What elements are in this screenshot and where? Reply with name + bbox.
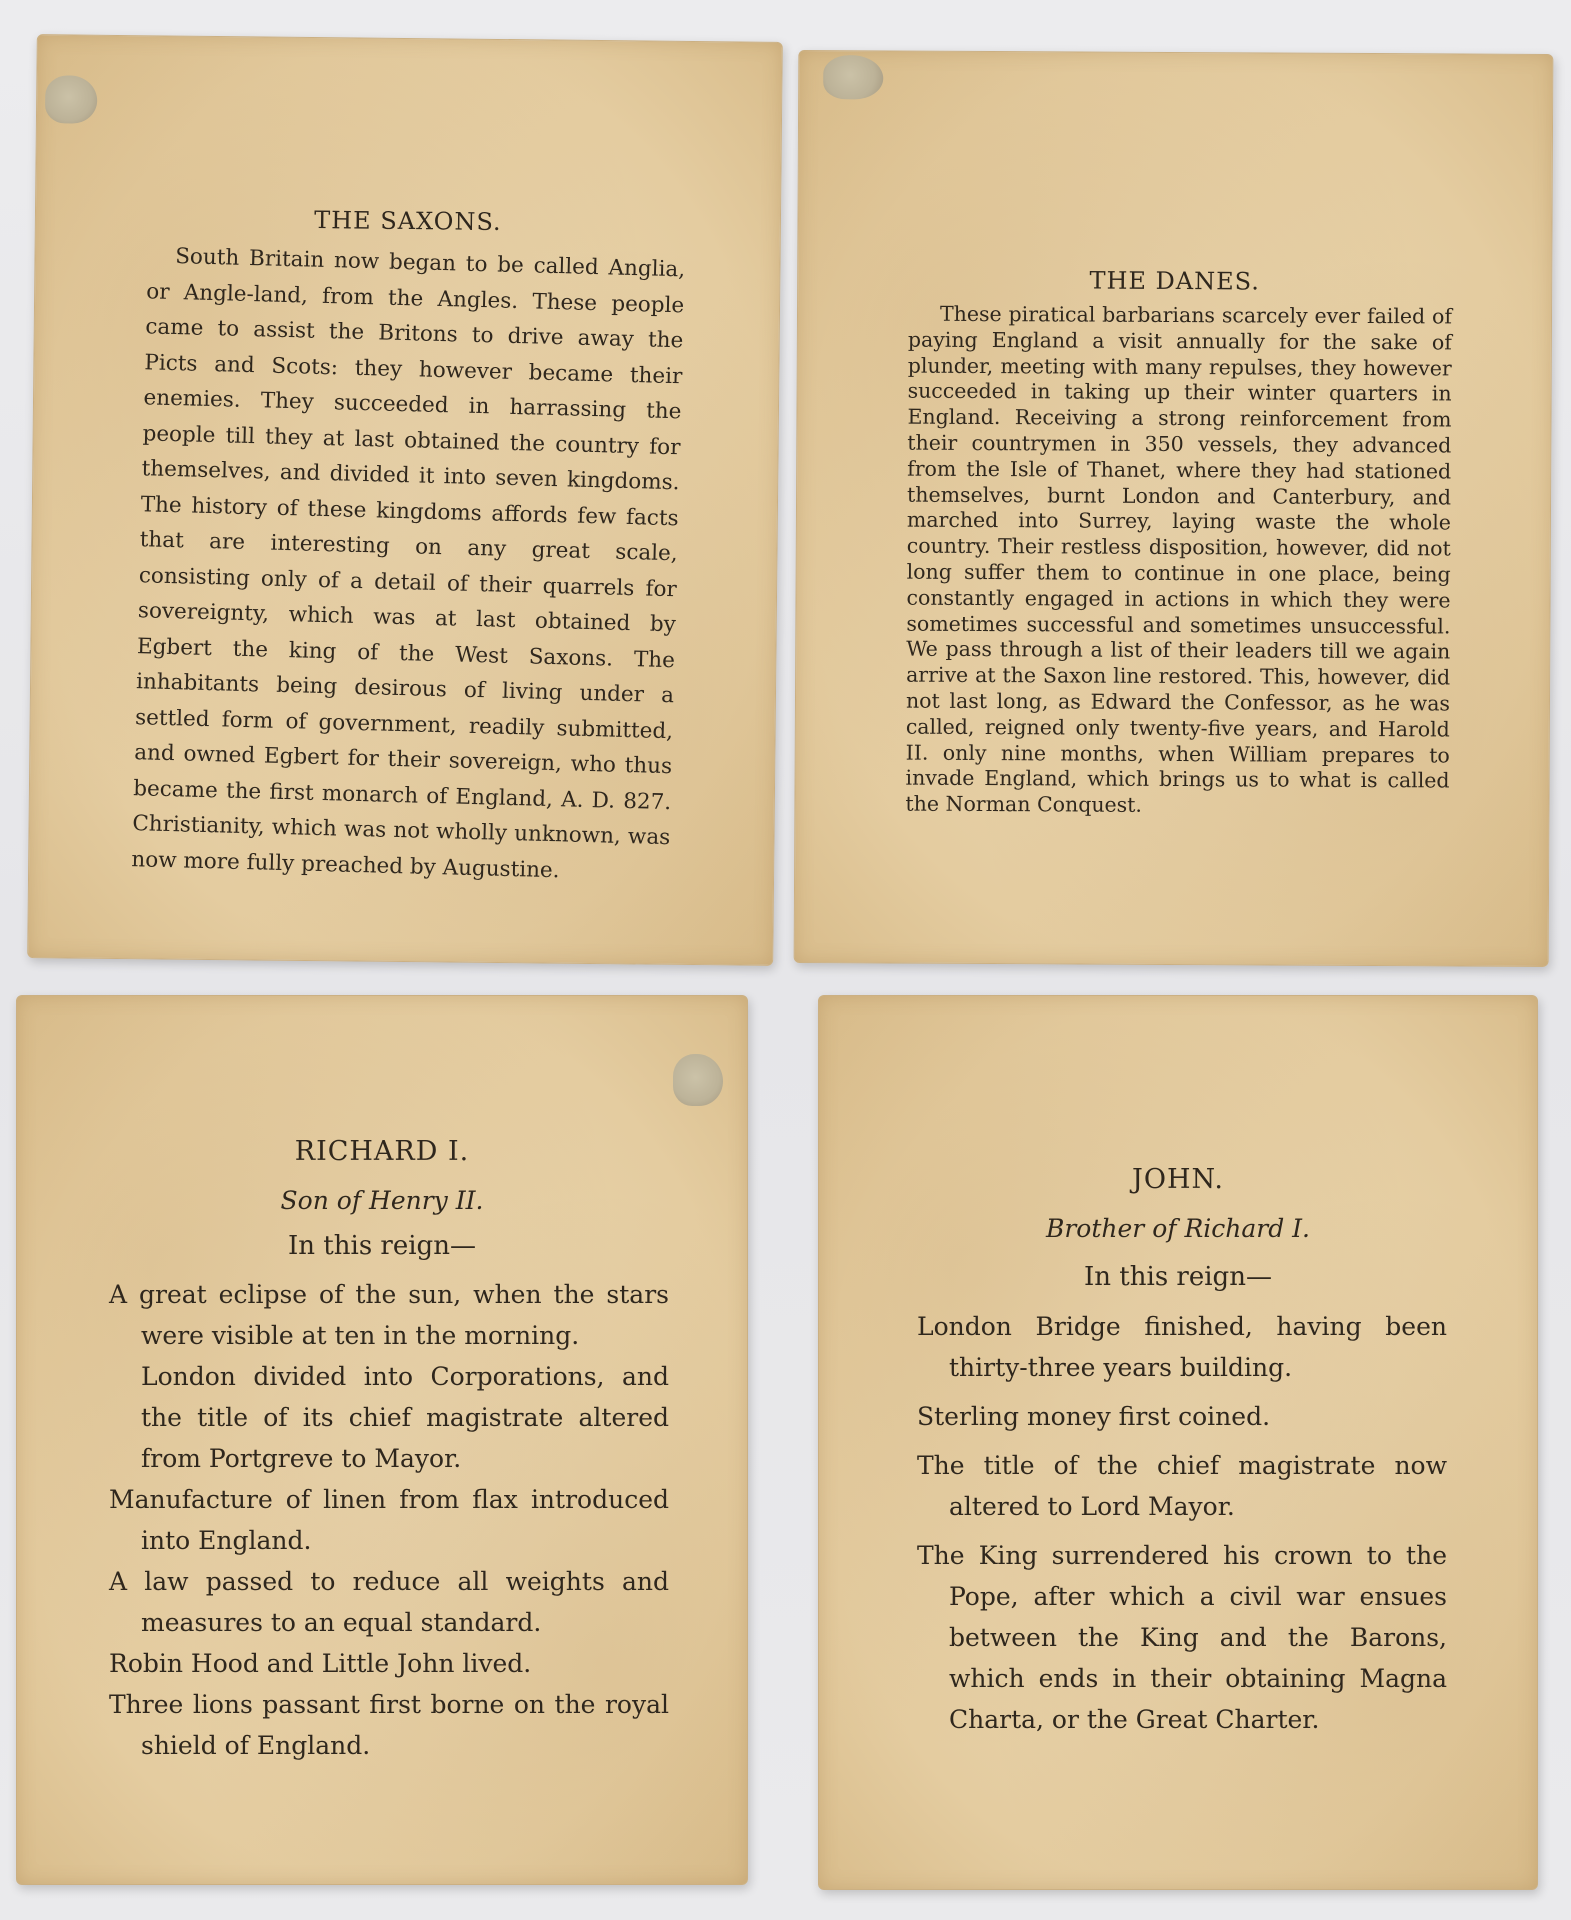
- list-item: Manufacture of linen from flax introduce…: [109, 1479, 669, 1561]
- card-intro: In this reign—: [819, 1262, 1537, 1292]
- card-intro: In this reign—: [17, 1231, 747, 1261]
- reign-events-list: A great eclipse of the sun, when the sta…: [109, 1274, 669, 1766]
- reign-events-list: London Bridge finished, having been thir…: [917, 1306, 1447, 1748]
- glue-stain: [823, 55, 883, 99]
- card-title: THE SAXONS.: [36, 203, 780, 239]
- card-title: JOHN.: [819, 1164, 1537, 1195]
- list-item: Robin Hood and Little John lived.: [109, 1643, 669, 1684]
- card-body: These piratical barbarians scarcely ever…: [905, 302, 1452, 821]
- list-item: A great eclipse of the sun, when the sta…: [109, 1274, 669, 1356]
- glue-stain: [45, 75, 97, 124]
- list-item: The King surrendered his crown to the Po…: [917, 1535, 1447, 1740]
- list-item: The title of the chief magistrate now al…: [917, 1445, 1447, 1527]
- card-subtitle: Son of Henry II.: [17, 1186, 747, 1215]
- card-john: JOHN. Brother of Richard I. In this reig…: [818, 995, 1538, 1890]
- body-paragraph: These piratical barbarians scarcely ever…: [905, 302, 1452, 821]
- card-title: RICHARD I.: [17, 1136, 747, 1167]
- card-the-saxons: THE SAXONS. South Britain now began to b…: [27, 34, 783, 966]
- card-richard-i: RICHARD I. Son of Henry II. In this reig…: [16, 995, 748, 1885]
- body-paragraph: South Britain now began to be called Ang…: [131, 238, 686, 891]
- card-body: South Britain now began to be called Ang…: [131, 238, 686, 891]
- card-the-danes: THE DANES. These piratical barbarians sc…: [794, 50, 1554, 967]
- glue-stain: [673, 1054, 723, 1106]
- list-item: Three lions passant first borne on the r…: [109, 1684, 669, 1766]
- card-subtitle: Brother of Richard I.: [819, 1214, 1537, 1243]
- card-title: THE DANES.: [798, 265, 1551, 297]
- list-item: Sterling money first coined.: [917, 1396, 1447, 1437]
- list-item: London divided into Corporations, and th…: [109, 1356, 669, 1479]
- list-item: London Bridge finished, having been thir…: [917, 1306, 1447, 1388]
- list-item: A law passed to reduce all weights and m…: [109, 1561, 669, 1643]
